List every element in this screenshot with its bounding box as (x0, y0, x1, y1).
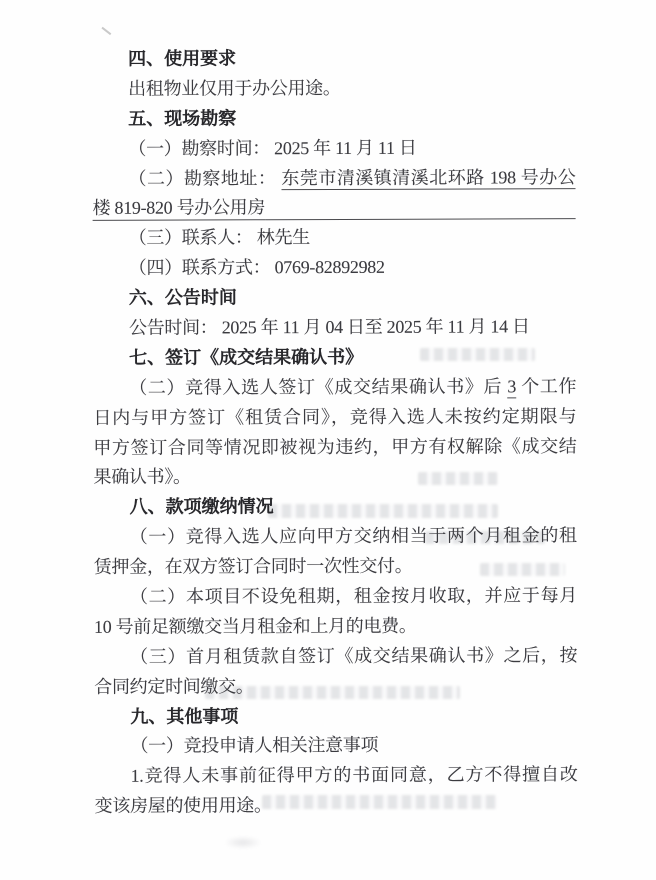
heading-section-4-seg-0: 四、使用要求 (128, 48, 236, 68)
payment-2-line2: 10 号前足额缴交当月租金和上月的电费。 (94, 611, 577, 643)
heading-section-4: 四、使用要求 (92, 43, 575, 75)
sign-para-line1-seg-0: （二）竞得入选人签订《成交结果确认书》后 (129, 376, 507, 397)
survey-address-line2: 楼 819-820 号办公用房 (93, 193, 576, 225)
payment-2-line1: （二）本项目不设免租期，租金按月收取，并应于每月 (94, 581, 577, 613)
survey-address-line1-seg-0: （二）勘察地址： (128, 168, 281, 189)
survey-time-seg-0: （一）勘察时间： 2025 年 11 月 11 日 (128, 137, 416, 158)
other-notes-title: （一）竞投申请人相关注意事项 (94, 731, 577, 763)
heading-section-8-seg-0: 八、款项缴纳情况 (130, 497, 274, 518)
survey-address-line1: （二）勘察地址： 东莞市清溪镇清溪北环路 198 号办公 (92, 163, 575, 195)
sign-para-line2: 日内与甲方签订《租赁合同》，竞得入选人未按约定期限与 (93, 402, 576, 434)
heading-section-6: 六、公告时间 (93, 282, 576, 314)
heading-section-7: 七、签订《成交结果确认书》 (93, 342, 576, 374)
heading-section-6-seg-0: 六、公告时间 (129, 287, 237, 307)
contact-person-seg-0: （三）联系人： 林先生 (129, 227, 310, 248)
heading-section-8: 八、款项缴纳情况 (94, 492, 577, 524)
heading-section-5-seg-0: 五、现场勘察 (128, 108, 236, 128)
sign-para-line3-seg-0: 甲方签订合同等情况即被视为违约，甲方有权解除《成交结 (93, 436, 576, 458)
sign-para-line2-seg-0: 日内与甲方签订《租赁合同》，竞得入选人未按约定期限与 (93, 406, 576, 428)
sign-para-line1-seg-2: 个工作 (516, 376, 576, 396)
payment-2-line1-seg-0: （二）本项目不设免租期，租金按月收取，并应于每月 (130, 585, 577, 607)
heading-section-7-seg-0: 七、签订《成交结果确认书》 (129, 347, 363, 368)
contact-person: （三）联系人： 林先生 (93, 222, 576, 254)
heading-section-5: 五、现场勘察 (92, 103, 575, 135)
contact-phone-seg-0: （四）联系方式： 0769-82892982 (129, 257, 385, 278)
scan-mark (102, 27, 112, 35)
note-1-line1: 1.竞得人未事前征得甲方的书面同意，乙方不得擅自改 (95, 761, 578, 793)
bleedthrough-smudge (224, 836, 262, 849)
note-1-line2-seg-0: 变该房屋的使用用途。 (95, 795, 272, 816)
sign-para-line1-seg-1: 3 (507, 376, 516, 398)
payment-1-line1-seg-0: （一）竞得入选人应向甲方交纳相当于两个月租金的租 (130, 525, 577, 547)
para-usage-requirement-seg-0: 出租物业仅用于办公用途。 (128, 78, 340, 99)
heading-section-9-seg-0: 九、其他事项 (130, 706, 238, 726)
para-usage-requirement: 出租物业仅用于办公用途。 (92, 73, 575, 105)
survey-address-line1-seg-1: 东莞市清溪镇清溪北环路 198 号办公 (281, 167, 575, 190)
sign-para-line1: （二）竞得入选人签订《成交结果确认书》后 3 个工作 (93, 372, 576, 404)
announcement-period-seg-0: 公告时间： 2025 年 11 月 04 日至 2025 年 11 月 14 日 (129, 316, 530, 337)
payment-1-line1: （一）竞得入选人应向甲方交纳相当于两个月租金的租 (94, 521, 577, 553)
payment-3-line1: （三）首月租赁款自签订《成交结果确认书》之后，按 (94, 641, 577, 673)
survey-address-line2-seg-0: 楼 819-820 号办公用房 (93, 194, 266, 221)
underline-extension (265, 193, 576, 220)
contact-phone: （四）联系方式： 0769-82892982 (93, 252, 576, 284)
document-lines: 四、使用要求出租物业仅用于办公用途。五、现场勘察（一）勘察时间： 2025 年 … (92, 43, 578, 822)
other-notes-title-seg-0: （一）竞投申请人相关注意事项 (130, 735, 378, 756)
sign-para-line3: 甲方签订合同等情况即被视为违约，甲方有权解除《成交结 (93, 432, 576, 464)
payment-1-line2: 赁押金，在双方签订合同时一次性交付。 (94, 551, 577, 583)
note-1-line2: 变该房屋的使用用途。 (95, 790, 578, 822)
sign-para-line4: 果确认书》。 (93, 462, 576, 494)
announcement-period: 公告时间： 2025 年 11 月 04 日至 2025 年 11 月 14 日 (93, 312, 576, 344)
payment-1-line2-seg-0: 赁押金，在双方签订合同时一次性交付。 (94, 556, 413, 577)
sign-para-line4-seg-0: 果确认书》。 (93, 467, 190, 487)
note-1-line1-seg-0: 1.竞得人未事前征得甲方的书面同意，乙方不得擅自改 (131, 765, 578, 787)
payment-3-line2-seg-0: 合同约定时间缴交。 (94, 676, 253, 697)
heading-section-9: 九、其他事项 (94, 701, 577, 733)
scanned-document-page: 四、使用要求出租物业仅用于办公用途。五、现场勘察（一）勘察时间： 2025 年 … (0, 0, 656, 880)
payment-2-line2-seg-0: 10 号前足额缴交当月租金和上月的电费。 (94, 616, 417, 637)
survey-time: （一）勘察时间： 2025 年 11 月 11 日 (92, 133, 575, 165)
payment-3-line1-seg-0: （三）首月租赁款自签订《成交结果确认书》之后，按 (130, 645, 577, 667)
payment-3-line2: 合同约定时间缴交。 (94, 671, 577, 703)
